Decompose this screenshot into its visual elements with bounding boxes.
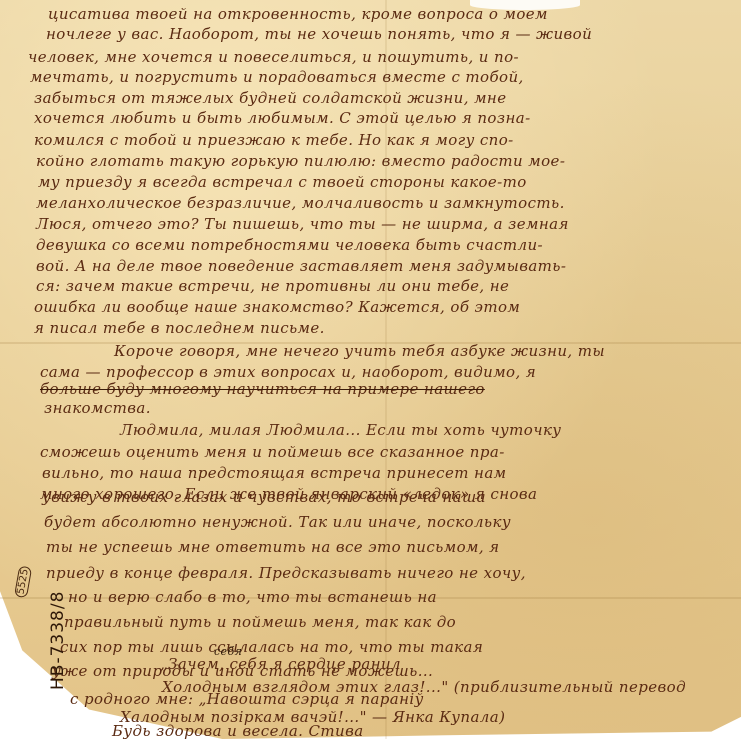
letter-line: Будь здорова и весела. Стива (112, 722, 364, 739)
letter-line: „Зачем, себя я сердце ранил (160, 655, 401, 673)
letter-line: правильный путь и поймешь меня, так как … (64, 613, 456, 631)
letter-line: будет абсолютно ненужной. Так или иначе,… (44, 513, 511, 531)
letter-line: увижу в твоих глазах и чувствах, то встр… (42, 488, 486, 506)
letter-line: с родного мне: „Навошта сэрца я параніў (70, 690, 424, 708)
letter-line: приеду в конце февраля. Предсказывать ни… (46, 564, 526, 582)
archive-code: НВ-7338/8 (48, 591, 68, 690)
letter-line: ты не успеешь мне ответить на все это пи… (46, 538, 500, 556)
letter-text-continued: увижу в твоих глазах и чувствах, то встр… (0, 0, 741, 739)
letter-line: но и верю слабо в то, что ты встанешь на (68, 588, 437, 606)
letter-line: сих пор ты лишь ссылалась на то, что ты … (60, 638, 483, 656)
inserted-word: себя (214, 645, 242, 658)
